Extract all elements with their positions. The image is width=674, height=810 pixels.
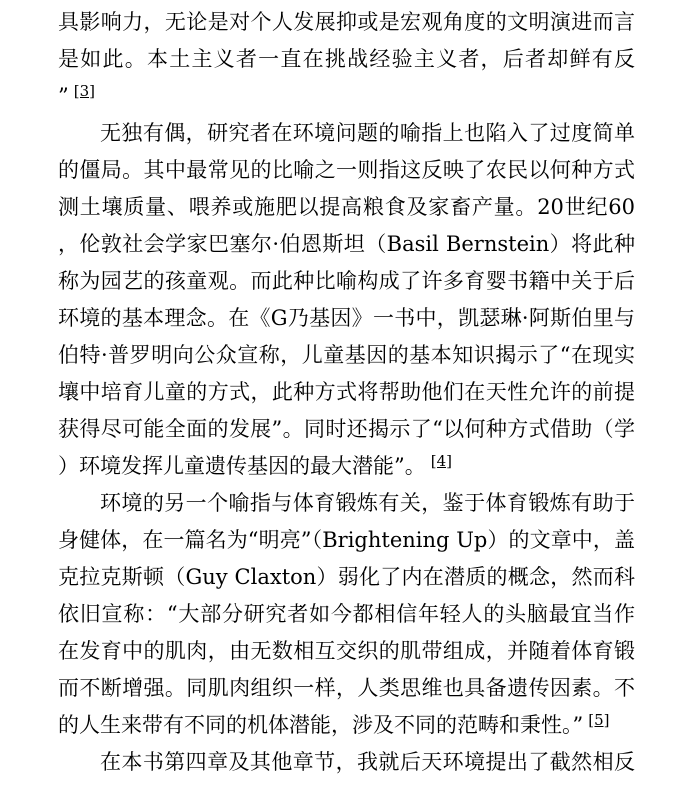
paragraph: 环境的另一个喻指与体育锻炼有关，鉴于体育锻炼有助于强 身健体，在一篇名为“明亮”… (58, 485, 635, 744)
text-line: 壤中培育儿童的方式，此种方式将帮助他们在天性允许的前提下 (58, 374, 635, 411)
paragraph: 无独有偶，研究者在环境问题的喻指上也陷入了过度简单化 的僵局。其中最常见的比喻之… (58, 115, 635, 485)
footnote-ref-3-link[interactable]: [3] (74, 84, 95, 99)
line-text: ）环境发挥儿童遗传基因的最大潜能”。 (58, 454, 426, 478)
text-line: ）环境发挥儿童遗传基因的最大潜能”。[4] (58, 448, 635, 485)
text-line: 身健体，在一篇名为“明亮”（Brightening Up）的文章中，盖伊· (58, 522, 635, 559)
text-line: 无独有偶，研究者在环境问题的喻指上也陷入了过度简单化 (58, 115, 635, 152)
text-line: 是如此。本土主义者一直在挑战经验主义者，后者却鲜有反击。 (58, 41, 635, 78)
text-line: 而不断增强。同肌肉组织一样，人类思维也具备遗传因素。不同 (58, 670, 635, 707)
text-line: 在发育中的肌肉，由无数相互交织的肌带组成，并随着体育锻炼 (58, 633, 635, 670)
footnote-ref-5-link[interactable]: [5] (588, 713, 609, 728)
footnote-ref-4-link[interactable]: [4] (431, 454, 452, 469)
line-text: 的人生来带有不同的机体潜能，涉及不同的范畴和秉性。” (58, 713, 583, 737)
ebook-page: 具影响力，无论是对个人发展抑或是宏观角度的文明演进而言均 是如此。本土主义者一直… (0, 0, 674, 810)
text-line: 在本书第四章及其他章节，我就后天环境提出了截然相反的 (58, 744, 635, 781)
text-line: 伯特·普罗明向公众宣称，儿童基因的基本知识揭示了“在现实土 (58, 337, 635, 374)
text-line: 获得尽可能全面的发展”。同时还揭示了“以何种方式借助（学校 (58, 411, 635, 448)
paragraph: 在本书第四章及其他章节，我就后天环境提出了截然相反的 (58, 744, 635, 781)
text-line: 具影响力，无论是对个人发展抑或是宏观角度的文明演进而言均 (58, 4, 635, 41)
text-line: 的僵局。其中最常见的比喻之一则指这反映了农民以何种方式评 (58, 152, 635, 189)
text-line: 测土壤质量、喂养或施肥以提高粮食及家畜产量。20世纪60年代 (58, 189, 635, 226)
text-line: 环境的基本理念。在《G乃基因》一书中，凯瑟琳·阿斯伯里与罗 (58, 300, 635, 337)
text-line: 环境的另一个喻指与体育锻炼有关，鉴于体育锻炼有助于强 (58, 485, 635, 522)
text-line: 克拉克斯顿（Guy Claxton）弱化了内在潜质的概念，然而科学家 (58, 559, 635, 596)
text-line: 的人生来带有不同的机体潜能，涉及不同的范畴和秉性。”[5] (58, 707, 635, 744)
text-line: ，伦敦社会学家巴塞尔·伯恩斯坦（Basil Bernstein）将此种比喻 (58, 226, 635, 263)
paragraph: 具影响力，无论是对个人发展抑或是宏观角度的文明演进而言均 是如此。本土主义者一直… (58, 4, 635, 115)
text-line: ”[3] (58, 78, 635, 115)
text-line: 依旧宣称：“大部分研究者如今都相信年轻人的头脑最宜当作正 (58, 596, 635, 633)
line-text: ” (58, 84, 69, 108)
text-line: 称为园艺的孩童观。而此种比喻构成了许多育婴书籍中关于后天 (58, 263, 635, 300)
